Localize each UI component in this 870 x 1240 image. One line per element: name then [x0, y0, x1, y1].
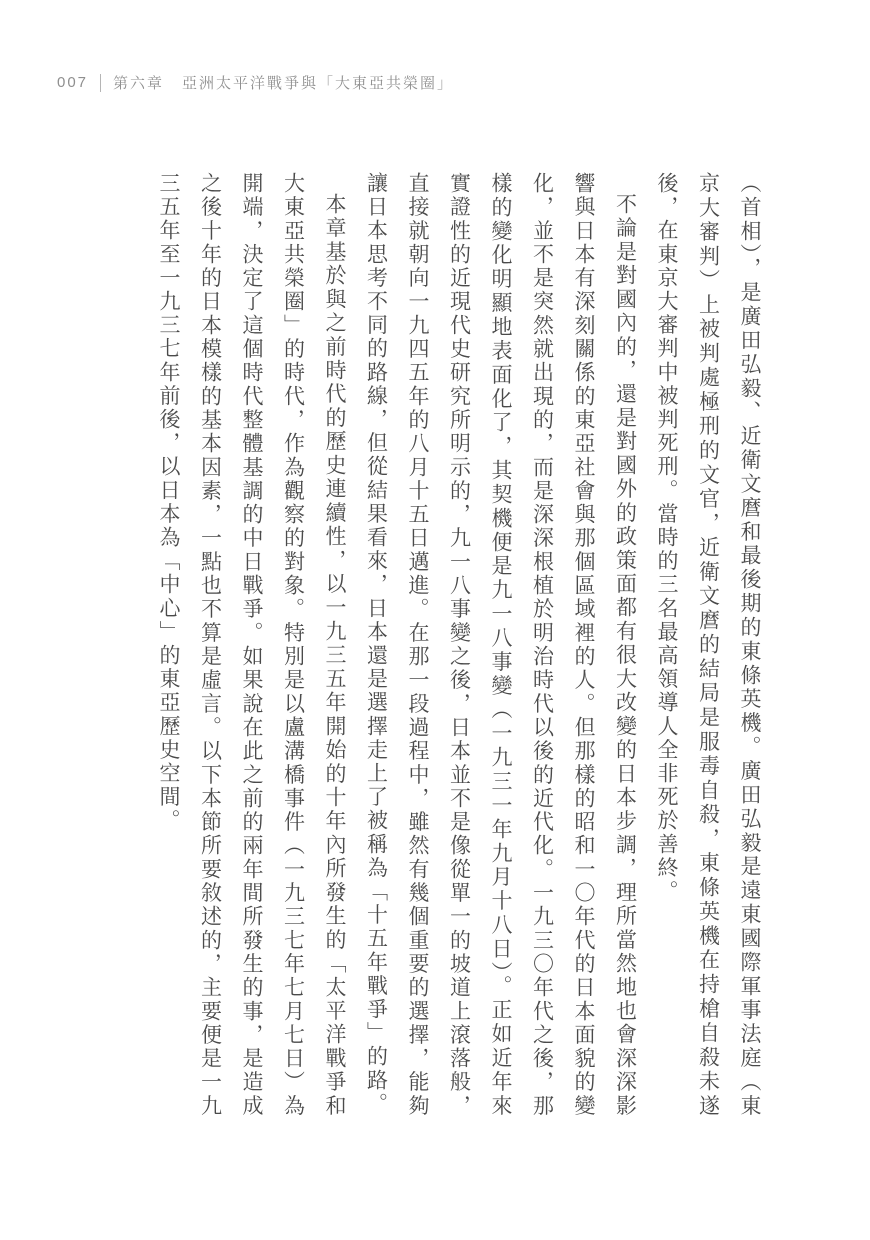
page-number: 007	[57, 74, 88, 91]
chapter-title: 亞洲太平洋戰爭與「大東亞共榮圈」	[182, 72, 454, 93]
header-divider	[100, 74, 101, 92]
paragraph: 本章基於與之前時代的歷史連續性，以一九三五年開始的十年內所發生的「太平洋戰爭和大…	[148, 172, 356, 1118]
chapter-label: 第六章	[113, 72, 164, 93]
book-page: 007 第六章 亞洲太平洋戰爭與「大東亞共榮圈」 （首相），是廣田弘毅、近衛文麿…	[0, 0, 870, 1240]
running-header: 007 第六章 亞洲太平洋戰爭與「大東亞共榮圈」	[57, 72, 454, 93]
vertical-text-block: （首相），是廣田弘毅、近衛文麿和最後期的東條英機。廣田弘毅是遠東國際軍事法庭（東…	[148, 172, 771, 1118]
paragraph: 不論是對國內的，還是對國外的政策面都有很大改變的日本步調，理所當然地也會深深影響…	[355, 172, 646, 1118]
paragraph-continuation: （首相），是廣田弘毅、近衛文麿和最後期的東條英機。廣田弘毅是遠東國際軍事法庭（東…	[646, 172, 771, 1118]
